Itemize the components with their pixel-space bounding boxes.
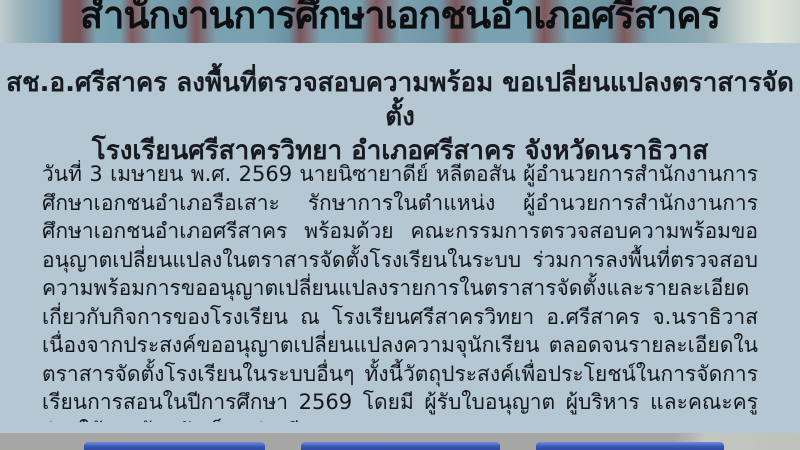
headline-line-1: สช.อ.ศรีสาคร ลงพื้นที่ตรวจสอบความพร้อม ข… [0,66,800,134]
photo-frame-1 [84,442,265,450]
photo-frame-3 [536,442,724,450]
org-banner: สำนักงานการศึกษาเอกชนอำเภอศรีสาคร [0,0,800,43]
article-paragraph: วันที่ 3 เมษายน พ.ศ. 2569 นายนิซายาดีย์ … [42,160,758,422]
announcement-graphic: { "banner": { "title": "สำนักงานการศึกษา… [0,0,800,450]
org-banner-title: สำนักงานการศึกษาเอกชนอำเภอศรีสาคร [0,0,800,39]
photo-frame-2 [301,442,500,450]
headline: สช.อ.ศรีสาคร ลงพื้นที่ตรวจสอบความพร้อม ข… [0,66,800,168]
photo-strip [0,433,800,450]
